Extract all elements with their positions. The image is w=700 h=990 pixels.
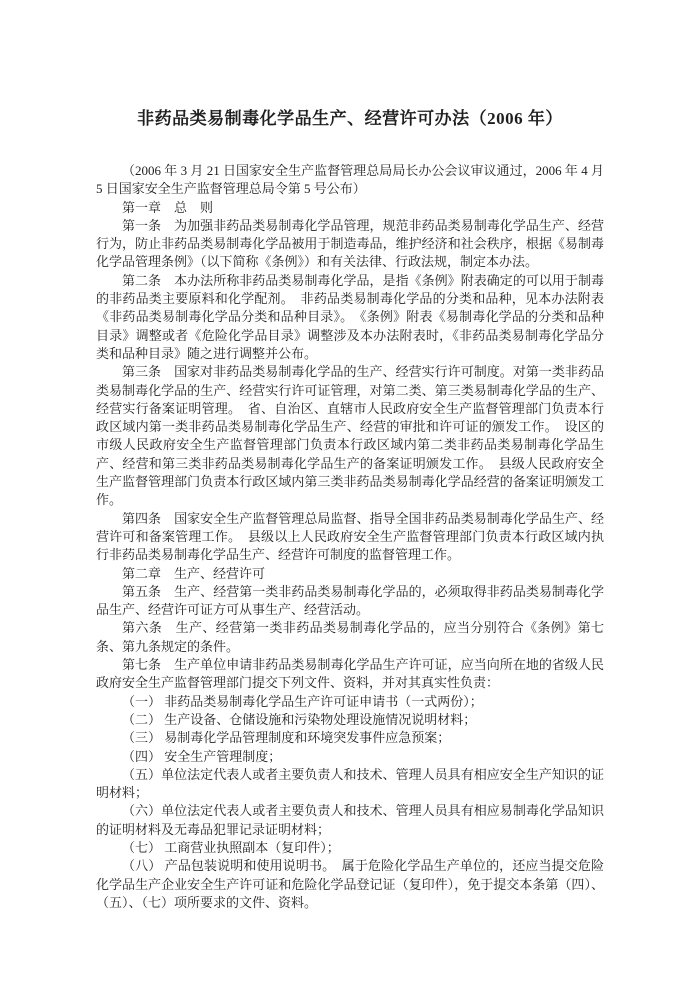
item-1: （一） 非药品类易制毒化学品生产许可证申请书（一式两份）； xyxy=(96,693,604,711)
document-page: 非药品类易制毒化学品生产、经营许可办法（2006 年） （2006 年 3 月 … xyxy=(0,0,700,990)
chapter-2-heading: 第二章 生产、经营许可 xyxy=(96,565,604,583)
article-6: 第六条 生产、经营第一类非药品类易制毒化学品的，应当分别符合《条例》第七条、第九… xyxy=(96,619,604,656)
article-2: 第二条 本办法所称非药品类易制毒化学品，是指《条例》附表确定的可以用于制毒的非药… xyxy=(96,272,604,363)
item-2: （二） 生产设备、仓储设施和污染物处理设施情况说明材料； xyxy=(96,711,604,729)
item-7: （七） 工商营业执照副本（复印件）； xyxy=(96,839,604,857)
document-title: 非药品类易制毒化学品生产、经营许可办法（2006 年） xyxy=(96,107,604,131)
document-body: （2006 年 3 月 21 日国家安全生产监督管理总局局长办公会议审议通过，2… xyxy=(96,162,604,912)
article-7: 第七条 生产单位申请非药品类易制毒化学品生产许可证，应当向所在地的省级人民政府安… xyxy=(96,656,604,693)
item-6: （六）单位法定代表人或者主要负责人和技术、管理人员具有相应易制毒化学品知识的证明… xyxy=(96,802,604,839)
preamble: （2006 年 3 月 21 日国家安全生产监督管理总局局长办公会议审议通过，2… xyxy=(96,162,604,199)
chapter-1-heading: 第一章 总 则 xyxy=(96,199,604,217)
article-1: 第一条 为加强非药品类易制毒化学品管理，规范非药品类易制毒化学品生产、经营行为，… xyxy=(96,217,604,272)
item-5: （五）单位法定代表人或者主要负责人和技术、管理人员具有相应安全生产知识的证明材料… xyxy=(96,766,604,803)
article-5: 第五条 生产、经营第一类非药品类易制毒化学品的，必须取得非药品类易制毒化学品生产… xyxy=(96,583,604,620)
item-3: （三） 易制毒化学品管理制度和环境突发事件应急预案； xyxy=(96,729,604,747)
item-8: （八） 产品包装说明和使用说明书。 属于危险化学品生产单位的，还应当提交危险化学… xyxy=(96,857,604,912)
item-4: （四） 安全生产管理制度； xyxy=(96,748,604,766)
article-3: 第三条 国家对非药品类易制毒化学品的生产、经营实行许可制度。对第一类非药品类易制… xyxy=(96,363,604,509)
article-4: 第四条 国家安全生产监督管理总局监督、指导全国非药品类易制毒化学品生产、经营许可… xyxy=(96,510,604,565)
